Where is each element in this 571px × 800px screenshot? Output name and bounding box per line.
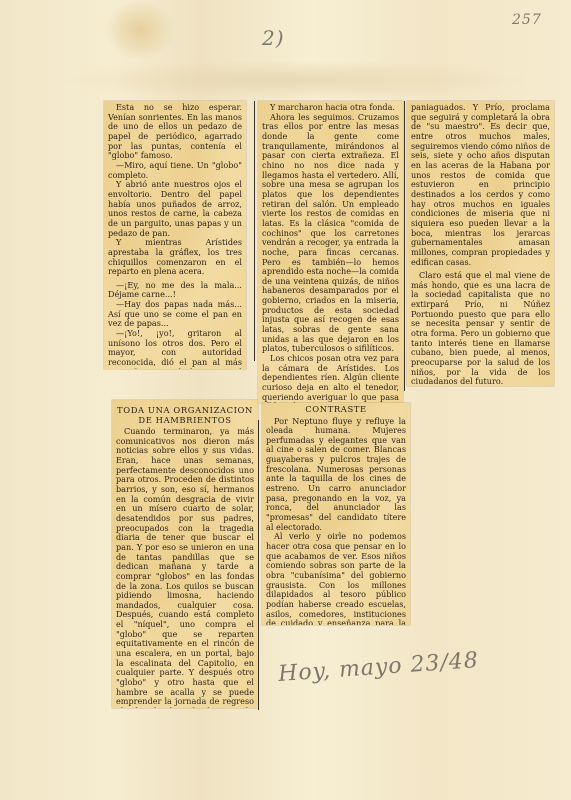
- article-column-2: Y marcharon hacia otra fonda. Ahora les …: [258, 101, 403, 403]
- paragraph: Y abrió ante nuestros ojos el envoltorio…: [108, 180, 242, 238]
- article-column-3: paniaguados. Y Prío, proclama que seguir…: [407, 101, 554, 386]
- column-divider: [258, 420, 259, 710]
- paragraph: Cuando terminaron, ya más comunicativos …: [116, 427, 254, 708]
- paper-stain: [60, 60, 530, 100]
- paragraph: —¡Ey, no me des la mala... Déjame carne.…: [108, 281, 242, 300]
- section-heading: CONTRASTE: [266, 405, 406, 415]
- paragraph: paniaguados. Y Prío, proclama que seguir…: [411, 103, 550, 267]
- article-column-1-continued: TODA UNA ORGANIZACION DE HAMBRIENTOS Cua…: [112, 400, 258, 708]
- paragraph: Claro está que el mal viene de más hondo…: [411, 271, 550, 386]
- paragraph: Al verlo y oirle no podemos hacer otra c…: [266, 532, 406, 625]
- handwritten-date: Hoy, mayo 23/48: [277, 648, 479, 687]
- paragraph: Ahora les seguimos. Cruzamos tras ellos …: [262, 113, 399, 354]
- paragraph: —Miro, aquí tiene. Un "globo" completo.: [108, 161, 242, 180]
- section-heading: TODA UNA ORGANIZACION DE HAMBRIENTOS: [116, 406, 254, 425]
- column-divider: [254, 101, 255, 361]
- paragraph: Por Neptuno fluye y refluye la oleada hu…: [266, 417, 406, 533]
- clipping-number: 2): [262, 26, 285, 50]
- paragraph: —Hay dos papas nada más... Así que uno s…: [108, 300, 242, 329]
- page-number: 257: [512, 12, 542, 28]
- article-column-2-continued: CONTRASTE Por Neptuno fluye y refluye la…: [262, 403, 410, 625]
- paragraph: Esta no se hizo esperar. Venían sonrient…: [108, 103, 242, 161]
- column-divider: [404, 101, 405, 391]
- article-column-1: Esta no se hizo esperar. Venían sonrient…: [104, 101, 246, 369]
- paper-stain: [105, 0, 175, 60]
- paragraph: Y mientras Arístides aprestaba la gráfle…: [108, 238, 242, 277]
- paragraph: Los chicos posan otra vez para la cámara…: [262, 354, 399, 403]
- paragraph: —¡Yo!, ¡yo!, gritaron al unísono los otr…: [108, 329, 242, 369]
